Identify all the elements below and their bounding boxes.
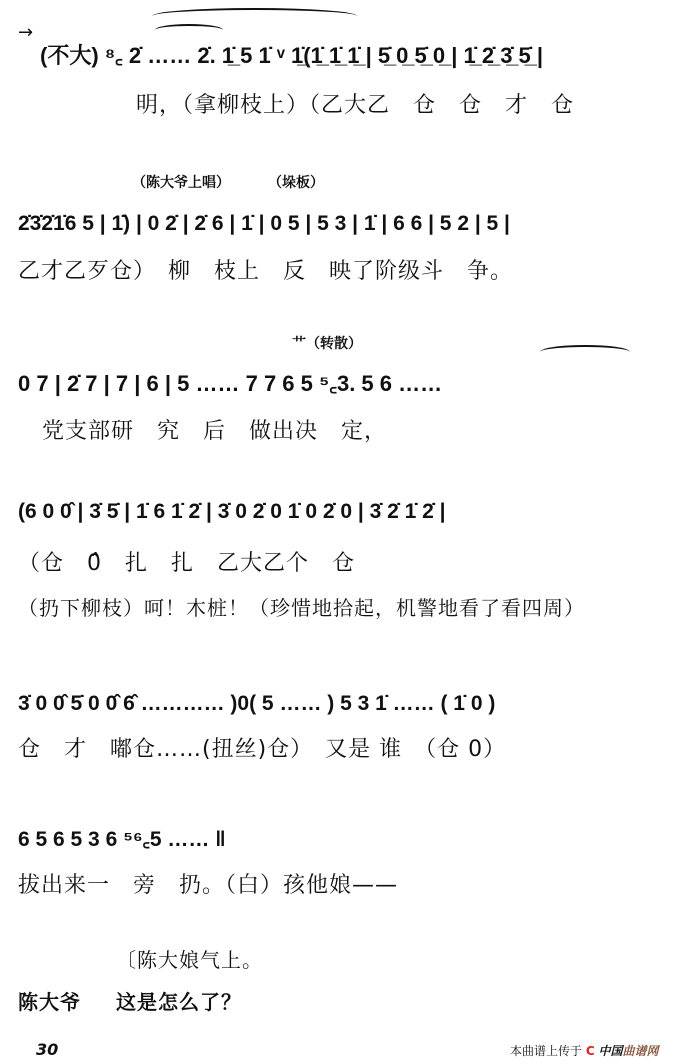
notation-line: (不大) ⁸꜀ 2̇ …… 2̇. 1̲̇ 5 1̇ ᵛ 1̲̇(1̲̇ 1̲̇… bbox=[40, 42, 543, 70]
dialogue-speaker: 陈大爷 bbox=[18, 988, 81, 1016]
stage-note: 〔陈大娘气上。 bbox=[116, 946, 263, 974]
site-logo-text-a: 中国 bbox=[598, 1044, 622, 1058]
source-watermark: 本曲谱上传于 C 中国曲谱网 bbox=[510, 1042, 659, 1059]
annotation-singer: （陈大爷上唱） bbox=[132, 172, 230, 192]
site-logo-text-b: 曲谱网 bbox=[623, 1044, 659, 1058]
notation-line: (6 0 0̂ | 3̇ 5̇ | 1̇ 6 1̇ 2̇ | 3̇ 0 2̇ 0… bbox=[18, 498, 446, 526]
page-number: 30 bbox=[36, 1040, 58, 1059]
notation-line: 0 7 | 2̇ 7 | 7 | 6 | 5 …… 7 7 6 5 ⁵꜀3. 5… bbox=[18, 370, 442, 398]
lyrics-line: 明，（拿柳枝上）（乙大乙 仓 仓 才 仓 bbox=[136, 92, 574, 120]
notation-line: 6 5 6 5 3 6 ⁵⁶꜀5 …… ‖ bbox=[18, 826, 226, 854]
lyrics-line: 乙才乙歹仓） 柳 枝上 反 映了阶级斗 争。 bbox=[18, 258, 513, 286]
dialogue-text: 这是怎么了？ bbox=[116, 988, 242, 1016]
lyrics-line: （仓 0̂ 扎 扎 乙大乙个 仓 bbox=[18, 550, 355, 578]
stage-direction: （扔下柳枝）呵！木桩！（珍惜地拾起，机警地看了看四周） bbox=[18, 594, 585, 622]
slur bbox=[152, 8, 357, 24]
annotation-tempo-change: 艹（转散） bbox=[292, 333, 362, 353]
lyrics-line: 仓 才 嘟仓……(扭丝)仓） 又是 谁 （仓 0） bbox=[18, 736, 506, 764]
lyrics-line: 拔出来一 旁 扔。（白）孩他娘—— bbox=[18, 872, 398, 900]
slur bbox=[540, 345, 630, 359]
slur bbox=[155, 24, 223, 36]
lyrics-line: 党支部研 究 后 做出决 定， bbox=[42, 418, 387, 446]
notation-line: 2̇3̇2̇1̇6 5 | 1̇) | 0 2̇ | 2̇ 6 | 1̇ | 0… bbox=[18, 210, 510, 238]
source-label: 本曲谱上传于 bbox=[510, 1044, 582, 1058]
site-logo-icon: C bbox=[586, 1044, 595, 1058]
notation-line: 3̇ 0 0̂ 5̇ 0 0̂ 6̂ ………… )0( 5 …… ) 5 3 1… bbox=[18, 690, 495, 718]
arrow-icon: → bbox=[18, 22, 33, 43]
annotation-tempo: （垛板） bbox=[268, 172, 324, 192]
